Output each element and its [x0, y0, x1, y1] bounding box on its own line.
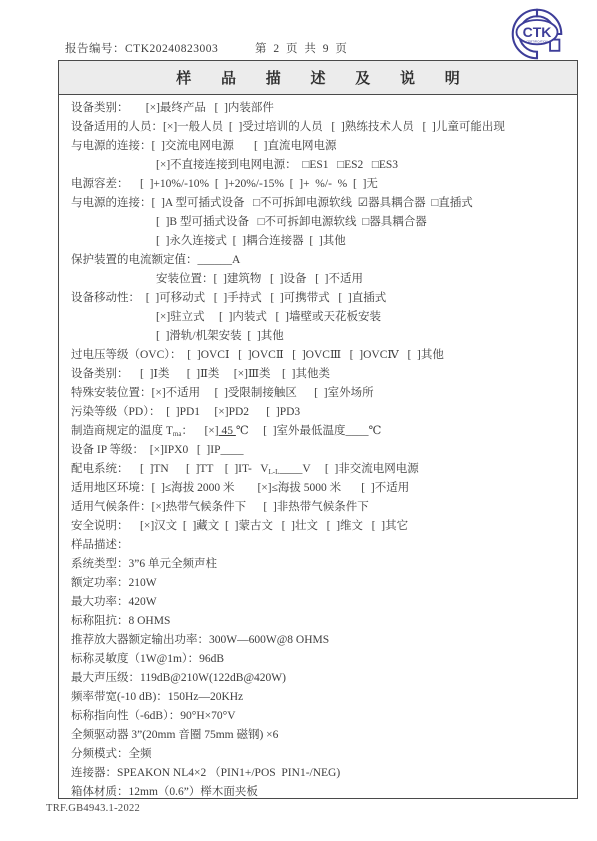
form-line: 安全说明： [×]汉文 [ ]藏文 [ ]蒙古文 [ ]壮文 [ ]维文 [ ]… [71, 517, 569, 536]
ctk-logo-subtext: CERTIFICATION [526, 39, 547, 43]
form-line: 分频模式：全频 [71, 745, 569, 764]
form-line: 标称灵敏度（1W@1m）：96dB [71, 650, 569, 669]
form-line: 与电源的连接：[ ]A 型可插式设备 □不可拆卸电源软线 ☑器具耦合器 □直插式 [71, 194, 569, 213]
report-number: 报告编号：CTK20240823003 [65, 40, 218, 56]
trf-reference: TRF.GB4943.1-2022 [46, 803, 140, 814]
form-line: 保护装置的电流额定值：______A [71, 251, 569, 270]
form-line: [×]驻立式 [ ]内装式 [ ]墙壁或天花板安装 [71, 308, 569, 327]
form-line: 最大声压级：119dB@210W(122dB@420W) [71, 669, 569, 688]
form-line: 电源容差： [ ]+10%/-10% [ ]+20%/-15% [ ]+ %/-… [71, 175, 569, 194]
report-page: 报告编号：CTK20240823003 第 2 页 共 9 页 CTK CERT… [0, 0, 597, 841]
form-line: 设备移动性： [ ]可移动式 [ ]手持式 [ ]可携带式 [ ]直插式 [71, 289, 569, 308]
form-line: [×]不直接连接到电网电源： □ES1 □ES2 □ES3 [71, 156, 569, 175]
form-line: 安装位置：[ ]建筑物 [ ]设备 [ ]不适用 [71, 270, 569, 289]
form-line: 全频驱动器 3”(20mm 音圈 75mm 磁钢) ×6 [71, 726, 569, 745]
form-line: 特殊安装位置：[×]不适用 [ ]受限制接触区 [ ]室外场所 [71, 384, 569, 403]
form-line: 推荐放大器额定输出功率：300W—600W@8 OHMS [71, 631, 569, 650]
page-title: 样 品 描 述 及 说 明 [59, 61, 577, 95]
form-line: 箱体材质：12mm（0.6”）榉木面夹板 [71, 783, 569, 802]
form-line: 频率带宽(-10 dB)：150Hz—20KHz [71, 688, 569, 707]
form-line: 污染等级（PD）： [ ]PD1 [×]PD2 [ ]PD3 [71, 403, 569, 422]
form-line: 设备类别： [×]最终产品 [ ]内装部件 [71, 99, 569, 118]
form-line: 最大功率：420W [71, 593, 569, 612]
page-number-info: 第 2 页 共 9 页 [255, 40, 349, 56]
form-line: 设备适用的人员：[×]一般人员 [ ]受过培训的人员 [ ]熟练技术人员 [ ]… [71, 118, 569, 137]
form-content: 设备类别： [×]最终产品 [ ]内装部件设备适用的人员：[×]一般人员 [ ]… [59, 95, 577, 802]
form-line: 标称阻抗：8 OHMS [71, 612, 569, 631]
form-line: [ ]滑轨/机架安装 [ ]其他 [71, 327, 569, 346]
form-line: 适用地区环境：[ ]≤海拔 2000 米 [×]≤海拔 5000 米 [ ]不适… [71, 479, 569, 498]
form-line: 适用气候条件：[×]热带气候条件下 [ ]非热带气候条件下 [71, 498, 569, 517]
form-line: [ ]永久连接式 [ ]耦合连接器 [ ]其他 [71, 232, 569, 251]
form-line: 连接器：SPEAKON NL4×2 （PIN1+/POS PIN1-/NEG) [71, 764, 569, 783]
form-line: 配电系统： [ ]TN [ ]TT [ ]IT- VL-L____V [ ]非交… [71, 460, 569, 479]
ctk-logo-text: CTK [523, 24, 552, 40]
form-line: 设备 IP 等级： [×]IPX0 [ ]IP____ [71, 441, 569, 460]
sample-description-box: 样 品 描 述 及 说 明 设备类别： [×]最终产品 [ ]内装部件设备适用的… [58, 60, 578, 799]
ctk-logo: CTK CERTIFICATION [509, 6, 565, 62]
form-line: 样品描述： [71, 536, 569, 555]
form-line: 制造商规定的温度 Tma： [×] 45 ℃ [ ]室外最低温度____℃ [71, 422, 569, 441]
form-line: 额定功率：210W [71, 574, 569, 593]
form-line: 过电压等级（OVC）： [ ]OVCⅠ [ ]OVCⅡ [ ]OVCⅢ [ ]O… [71, 346, 569, 365]
ctk-logo-icon: CTK CERTIFICATION [509, 6, 565, 62]
form-line: 系统类型：3”6 单元全频声柱 [71, 555, 569, 574]
form-line: [ ]B 型可插式设备 □不可拆卸电源软线 □器具耦合器 [71, 213, 569, 232]
form-line: 标称指向性（-6dB）：90°H×70°V [71, 707, 569, 726]
form-line: 设备类别： [ ]Ⅰ类 [ ]Ⅱ类 [×]Ⅲ类 [ ]其他类 [71, 365, 569, 384]
form-line: 与电源的连接：[ ]交流电网电源 [ ]直流电网电源 [71, 137, 569, 156]
